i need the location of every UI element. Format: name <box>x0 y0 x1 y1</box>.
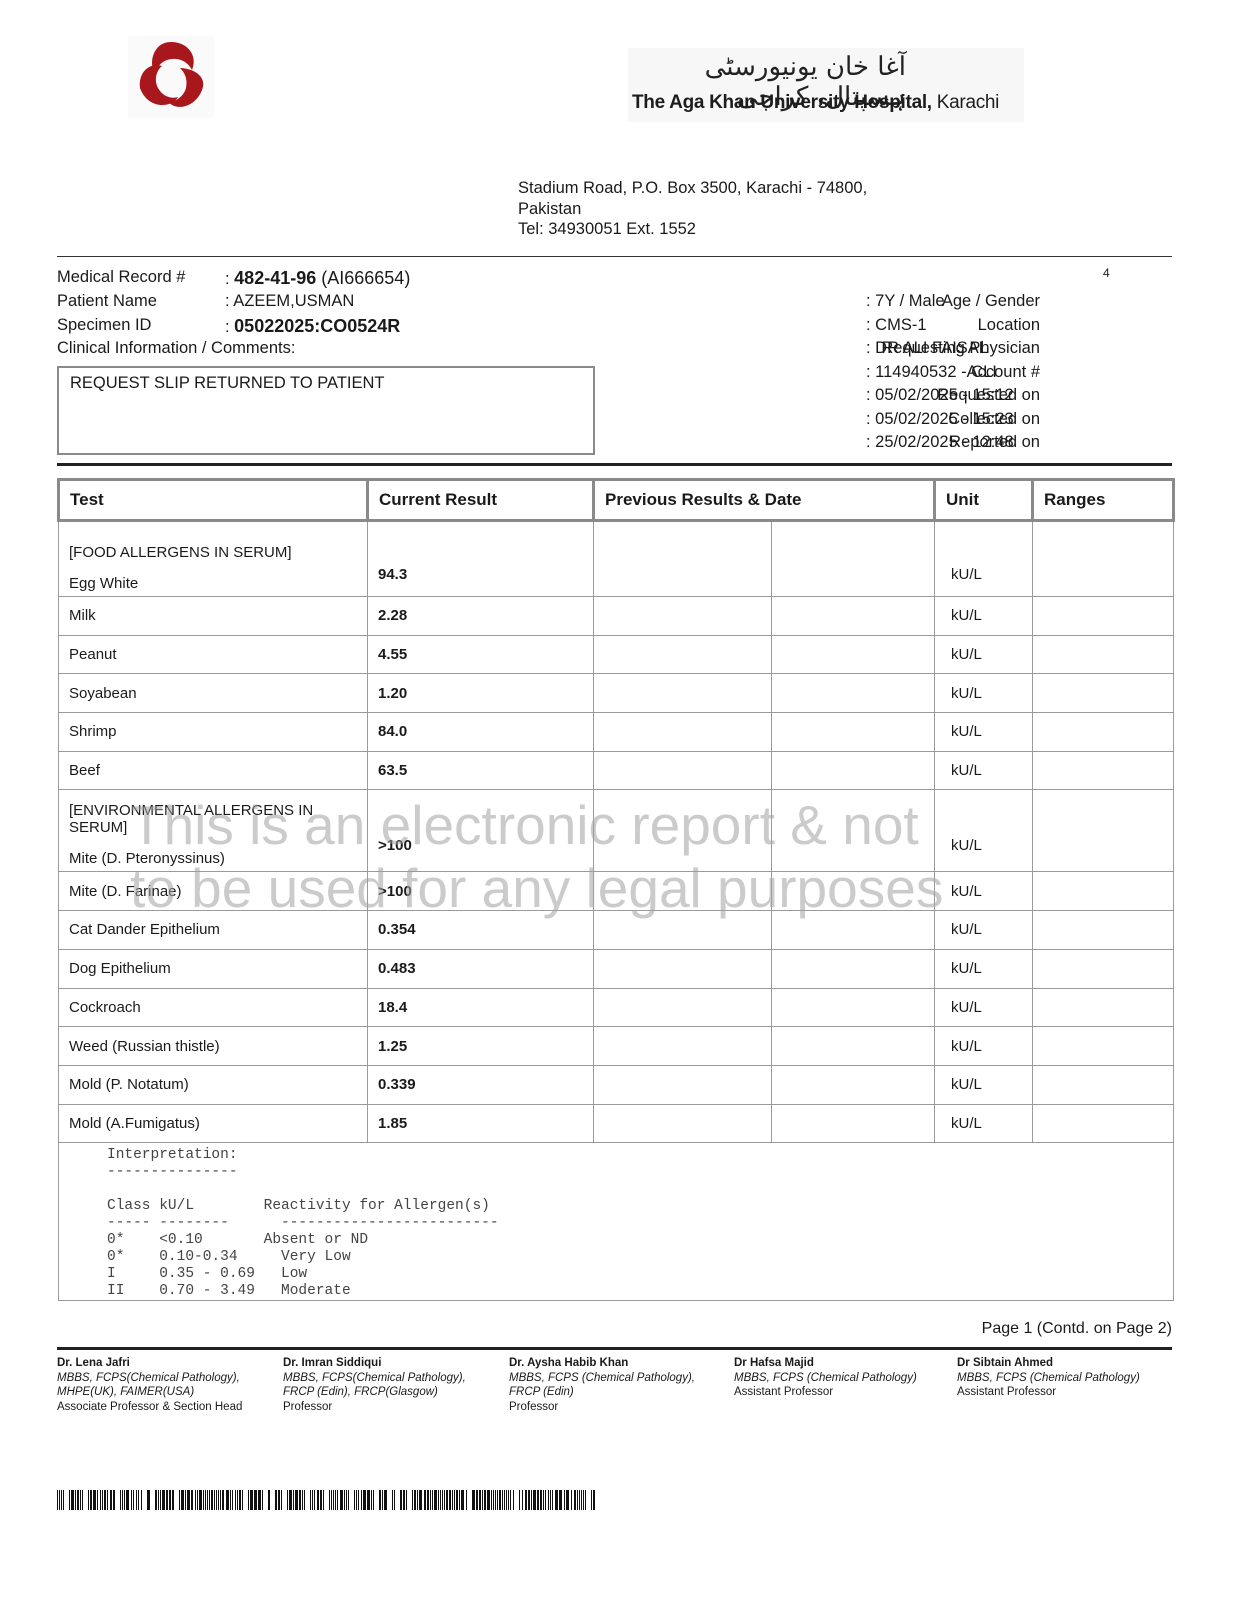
result-cell: 84.0 <box>368 713 594 752</box>
table-row: Cockroach18.4kU/L <box>59 988 1174 1027</box>
test-cell: Mold (A.Fumigatus) <box>59 1104 368 1143</box>
signatory-qualification: FRCP (Edin) <box>509 1385 695 1400</box>
signatory-title: Assistant Professor <box>734 1385 917 1400</box>
result-cell: 63.5 <box>368 751 594 790</box>
range-cell <box>1033 751 1174 790</box>
previous-result-cell <box>594 949 772 988</box>
range-cell <box>1033 1065 1174 1104</box>
barcode-icon <box>57 1490 602 1510</box>
hospital-name: The Aga Khan University Hospital, Karach… <box>632 92 999 114</box>
previous-result-cell <box>594 751 772 790</box>
table-row: Soyabean1.20kU/L <box>59 674 1174 713</box>
unit-cell: kU/L <box>935 521 1033 597</box>
unit-cell: kU/L <box>935 911 1033 950</box>
header-unit: Unit <box>935 480 1033 521</box>
table-row: Beef63.5kU/L <box>59 751 1174 790</box>
request-info-row: Requesting Physician: DR ALI FAISAL <box>640 339 1040 361</box>
range-cell <box>1033 988 1174 1027</box>
signatory: Dr Hafsa MajidMBBS, FCPS (Chemical Patho… <box>734 1356 917 1400</box>
result-cell: 1.85 <box>368 1104 594 1143</box>
previous-result-cell <box>594 713 772 752</box>
previous-date-cell <box>772 1027 935 1066</box>
previous-date-cell <box>772 790 935 872</box>
medical-record-number: 482-41-96 <box>234 268 316 288</box>
previous-result-cell <box>594 790 772 872</box>
range-cell <box>1033 635 1174 674</box>
specimen-id-value: : 05022025:CO0524R <box>225 316 400 337</box>
request-info-value: : CMS-1 <box>866 316 927 335</box>
table-row: Dog Epithelium0.483kU/L <box>59 949 1174 988</box>
range-cell <box>1033 1027 1174 1066</box>
signatory-title: Professor <box>283 1400 466 1415</box>
test-name: Shrimp <box>69 723 117 740</box>
test-name: Peanut <box>69 646 117 663</box>
page-info: Page 1 (Contd. on Page 2) <box>982 1320 1172 1338</box>
signatory-qualification: MBBS, FCPS (Chemical Pathology), <box>509 1371 695 1386</box>
request-info-row: Reported on: 25/02/2025 - 12:48 <box>640 433 1040 455</box>
test-name: Cockroach <box>69 999 141 1016</box>
test-name: Egg White <box>69 575 138 592</box>
table-row: [FOOD ALLERGENS IN SERUM]Egg White94.3kU… <box>59 521 1174 597</box>
request-info-value: : 114940532 - CLI <box>866 363 997 382</box>
previous-result-cell <box>594 597 772 636</box>
test-cell: [FOOD ALLERGENS IN SERUM]Egg White <box>59 521 368 597</box>
signatory-name: Dr. Lena Jafri <box>57 1356 242 1371</box>
range-cell <box>1033 674 1174 713</box>
previous-result-cell <box>594 1027 772 1066</box>
range-cell <box>1033 713 1174 752</box>
range-cell <box>1033 521 1174 597</box>
request-info-label: Location <box>820 316 1040 335</box>
test-cell: Dog Epithelium <box>59 949 368 988</box>
table-row: [ENVIRONMENTAL ALLERGENS IN SERUM]Mite (… <box>59 790 1174 872</box>
test-cell: Mite (D. Farinae) <box>59 872 368 911</box>
request-info-value: : DR ALI FAISAL <box>866 339 988 358</box>
range-cell <box>1033 1104 1174 1143</box>
previous-result-cell <box>594 872 772 911</box>
result-cell: >100 <box>368 872 594 911</box>
footer-divider <box>57 1347 1172 1350</box>
previous-date-cell <box>772 597 935 636</box>
test-cell: [ENVIRONMENTAL ALLERGENS IN SERUM]Mite (… <box>59 790 368 872</box>
unit-cell: kU/L <box>935 988 1033 1027</box>
previous-result-cell <box>594 674 772 713</box>
result-cell: 94.3 <box>368 521 594 597</box>
test-name: Mite (D. Farinae) <box>69 883 182 900</box>
results-table: Test Current Result Previous Results & D… <box>57 478 1175 1301</box>
specimen-id-label: Specimen ID <box>57 316 151 335</box>
test-name: Mold (P. Notatum) <box>69 1076 189 1093</box>
hospital-city: Karachi <box>932 92 999 113</box>
test-cell: Weed (Russian thistle) <box>59 1027 368 1066</box>
previous-date-cell <box>772 713 935 752</box>
request-info-value: : 05/02/2025 - 15:12 <box>866 386 1014 405</box>
result-cell: 1.20 <box>368 674 594 713</box>
signatory-title: Professor <box>509 1400 695 1415</box>
test-name: Soyabean <box>69 685 137 702</box>
table-row: Shrimp84.0kU/L <box>59 713 1174 752</box>
request-info-row: Location: CMS-1 <box>640 316 1040 338</box>
signatory-qualification: MBBS, FCPS(Chemical Pathology), <box>57 1371 242 1386</box>
signatory: Dr Sibtain AhmedMBBS, FCPS (Chemical Pat… <box>957 1356 1140 1400</box>
request-info-row: Collected on: 05/02/2025 - 15:23 <box>640 410 1040 432</box>
signatory-name: Dr Sibtain Ahmed <box>957 1356 1140 1371</box>
patient-name: AZEEM,USMAN <box>233 292 354 310</box>
table-row: Mite (D. Farinae)>100kU/L <box>59 872 1174 911</box>
previous-result-cell <box>594 521 772 597</box>
result-cell: 1.25 <box>368 1027 594 1066</box>
test-cell: Shrimp <box>59 713 368 752</box>
signatory: Dr. Aysha Habib KhanMBBS, FCPS (Chemical… <box>509 1356 695 1414</box>
signatory-name: Dr. Imran Siddiqui <box>283 1356 466 1371</box>
request-info-row: Age / Gender: 7Y / Male <box>640 292 1040 314</box>
info-divider <box>57 463 1172 466</box>
address-line: Pakistan <box>518 199 867 220</box>
signatory: Dr. Imran SiddiquiMBBS, FCPS(Chemical Pa… <box>283 1356 466 1414</box>
header-current-result: Current Result <box>368 480 594 521</box>
test-cell: Peanut <box>59 635 368 674</box>
test-name: Dog Epithelium <box>69 960 171 977</box>
previous-date-cell <box>772 1065 935 1104</box>
patient-name-label: Patient Name <box>57 292 157 311</box>
unit-cell: kU/L <box>935 597 1033 636</box>
signatory-qualification: MBBS, FCPS (Chemical Pathology) <box>734 1371 917 1386</box>
medical-record-label: Medical Record # <box>57 268 185 287</box>
section-heading: [ENVIRONMENTAL ALLERGENS IN SERUM] <box>69 802 357 836</box>
previous-result-cell <box>594 1104 772 1143</box>
result-cell: 18.4 <box>368 988 594 1027</box>
signatory-name: Dr Hafsa Majid <box>734 1356 917 1371</box>
address-line: Tel: 34930051 Ext. 1552 <box>518 219 867 240</box>
test-cell: Soyabean <box>59 674 368 713</box>
previous-result-cell <box>594 635 772 674</box>
previous-date-cell <box>772 988 935 1027</box>
patient-name-value: : AZEEM,USMAN <box>225 292 354 311</box>
table-row: Peanut4.55kU/L <box>59 635 1174 674</box>
clinical-info-label: Clinical Information / Comments: <box>57 339 295 358</box>
hospital-brand: آغا خان یونیورسٹی ہسپتال، کراچی The Aga … <box>628 48 1024 122</box>
request-info-value: : 05/02/2025 - 15:23 <box>866 410 1014 429</box>
unit-cell: kU/L <box>935 713 1033 752</box>
test-name: Beef <box>69 762 100 779</box>
clinical-comments-box: REQUEST SLIP RETURNED TO PATIENT <box>57 366 595 455</box>
unit-cell: kU/L <box>935 674 1033 713</box>
clinical-comments-text: REQUEST SLIP RETURNED TO PATIENT <box>70 374 384 393</box>
hospital-address: Stadium Road, P.O. Box 3500, Karachi - 7… <box>518 178 867 240</box>
test-cell: Cockroach <box>59 988 368 1027</box>
signatory: Dr. Lena JafriMBBS, FCPS(Chemical Pathol… <box>57 1356 242 1414</box>
previous-date-cell <box>772 949 935 988</box>
table-row: Weed (Russian thistle)1.25kU/L <box>59 1027 1174 1066</box>
test-name: Mold (A.Fumigatus) <box>69 1115 200 1132</box>
medical-record-alt: (AI666654) <box>316 268 410 288</box>
range-cell <box>1033 790 1174 872</box>
signatory-qualification: MBBS, FCPS (Chemical Pathology) <box>957 1371 1140 1386</box>
specimen-id: 05022025:CO0524R <box>234 316 400 336</box>
table-row: Milk2.28kU/L <box>59 597 1174 636</box>
result-cell: 0.354 <box>368 911 594 950</box>
header-divider <box>57 256 1172 257</box>
signatory-title: Associate Professor & Section Head <box>57 1400 242 1415</box>
unit-cell: kU/L <box>935 1104 1033 1143</box>
range-cell <box>1033 949 1174 988</box>
address-line: Stadium Road, P.O. Box 3500, Karachi - 7… <box>518 178 867 199</box>
test-cell: Cat Dander Epithelium <box>59 911 368 950</box>
test-cell: Mold (P. Notatum) <box>59 1065 368 1104</box>
section-heading: [FOOD ALLERGENS IN SERUM] <box>69 544 357 561</box>
medical-record-value: : 482-41-96 (AI666654) <box>225 268 410 289</box>
request-info-value: : 25/02/2025 - 12:48 <box>866 433 1014 452</box>
hospital-logo <box>128 36 214 118</box>
range-cell <box>1033 597 1174 636</box>
table-row: Cat Dander Epithelium0.354kU/L <box>59 911 1174 950</box>
interpretation-row: Interpretation: --------------- Class kU… <box>59 1143 1174 1301</box>
previous-result-cell <box>594 988 772 1027</box>
header-ranges: Ranges <box>1033 480 1174 521</box>
previous-date-cell <box>772 911 935 950</box>
range-cell <box>1033 872 1174 911</box>
test-name: Cat Dander Epithelium <box>69 921 220 938</box>
signatory-qualification: MBBS, FCPS(Chemical Pathology), <box>283 1371 466 1386</box>
interpretation-text: Interpretation: --------------- Class kU… <box>59 1143 1173 1300</box>
unit-cell: kU/L <box>935 635 1033 674</box>
test-name: Mite (D. Pteronyssinus) <box>69 850 225 867</box>
test-name: Weed (Russian thistle) <box>69 1038 220 1055</box>
signatory-qualification: MHPE(UK), FAIMER(USA) <box>57 1385 242 1400</box>
signatory-name: Dr. Aysha Habib Khan <box>509 1356 695 1371</box>
unit-cell: kU/L <box>935 751 1033 790</box>
request-info-row: Account #: 114940532 - CLI <box>640 363 1040 385</box>
request-info-row: Requested on: 05/02/2025 - 15:12 <box>640 386 1040 408</box>
result-cell: 0.339 <box>368 1065 594 1104</box>
header-test: Test <box>59 480 368 521</box>
signatory-title: Assistant Professor <box>957 1385 1140 1400</box>
akuh-logo-icon <box>128 36 214 118</box>
result-cell: 0.483 <box>368 949 594 988</box>
range-cell <box>1033 911 1174 950</box>
header-previous-results: Previous Results & Date <box>594 480 935 521</box>
test-cell: Milk <box>59 597 368 636</box>
previous-date-cell <box>772 674 935 713</box>
table-row: Mold (A.Fumigatus)1.85kU/L <box>59 1104 1174 1143</box>
unit-cell: kU/L <box>935 949 1033 988</box>
previous-date-cell <box>772 872 935 911</box>
test-name: Milk <box>69 607 96 624</box>
hospital-name-text: The Aga Khan University Hospital, <box>632 92 932 113</box>
previous-date-cell <box>772 635 935 674</box>
unit-cell: kU/L <box>935 790 1033 872</box>
previous-result-cell <box>594 911 772 950</box>
result-cell: >100 <box>368 790 594 872</box>
interpretation-cell: Interpretation: --------------- Class kU… <box>59 1143 1174 1301</box>
test-cell: Beef <box>59 751 368 790</box>
request-info-value: : 7Y / Male <box>866 292 945 311</box>
previous-result-cell <box>594 1065 772 1104</box>
page-marker: 4 <box>1103 266 1110 280</box>
result-cell: 4.55 <box>368 635 594 674</box>
unit-cell: kU/L <box>935 1065 1033 1104</box>
previous-date-cell <box>772 521 935 597</box>
unit-cell: kU/L <box>935 872 1033 911</box>
table-row: Mold (P. Notatum)0.339kU/L <box>59 1065 1174 1104</box>
barcode <box>57 1490 602 1510</box>
unit-cell: kU/L <box>935 1027 1033 1066</box>
previous-date-cell <box>772 1104 935 1143</box>
table-header-row: Test Current Result Previous Results & D… <box>59 480 1174 521</box>
result-cell: 2.28 <box>368 597 594 636</box>
previous-date-cell <box>772 751 935 790</box>
signatory-qualification: FRCP (Edin), FRCP(Glasgow) <box>283 1385 466 1400</box>
